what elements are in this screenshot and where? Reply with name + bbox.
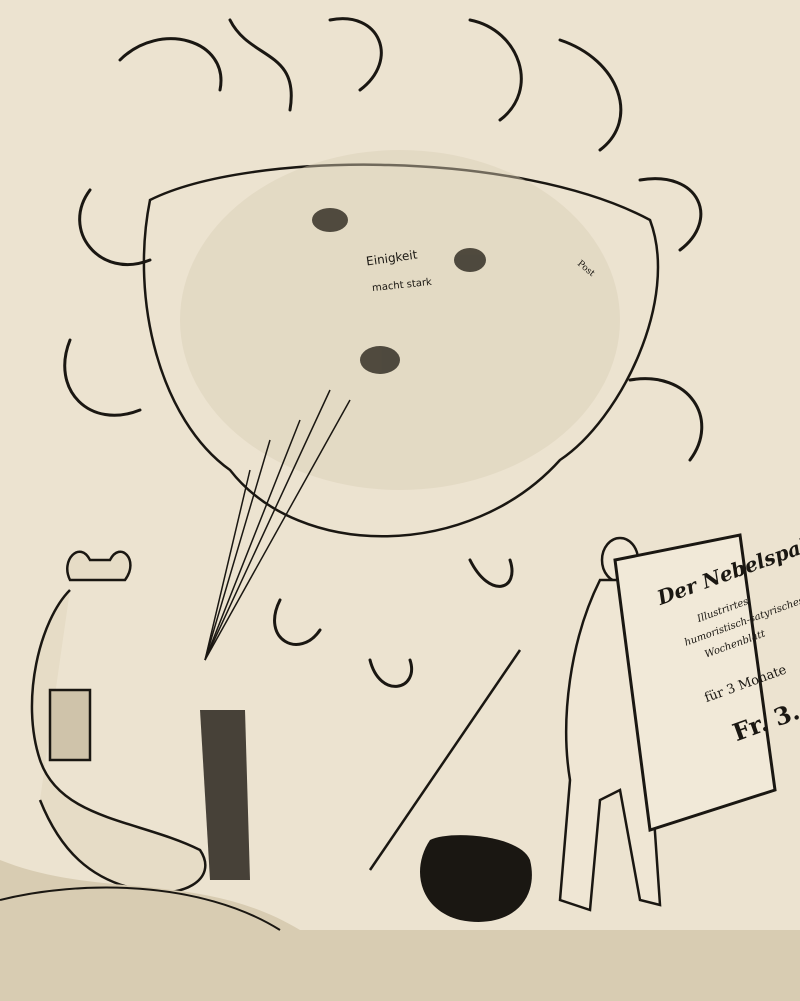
placard-price: Fr. 3.	[729, 696, 800, 747]
placard-duration: für 3 Monate	[703, 663, 789, 707]
illustration	[0, 0, 800, 1001]
